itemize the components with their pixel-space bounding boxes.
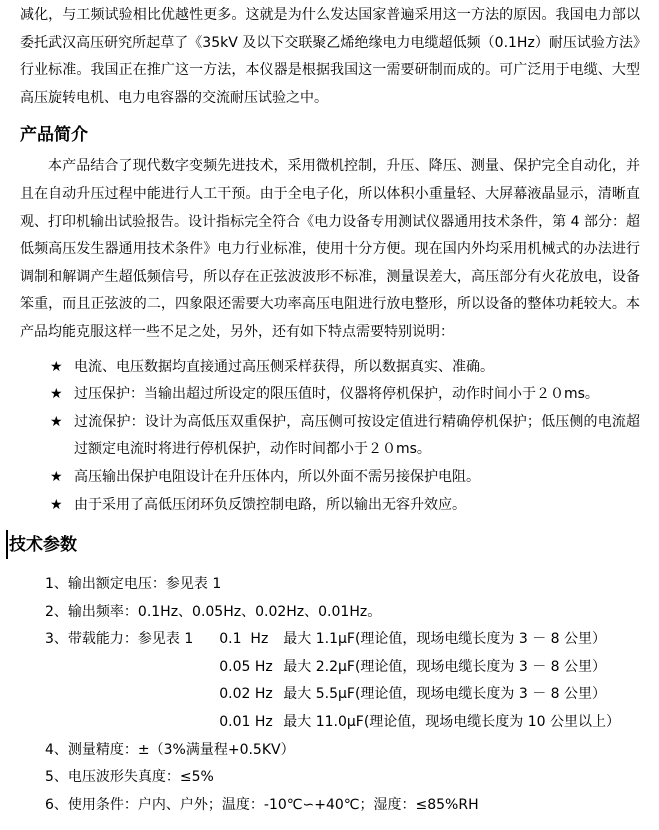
feature-text: 电流、电压数据均直接通过高压侧采样获得，所以数据真实、准确。 [74, 354, 640, 382]
feature-item: ★ 由于采用了高低压闭环负反馈控制电路，所以输出无容升效应。 [50, 492, 640, 520]
star-bullet-icon: ★ [50, 464, 74, 492]
load-frequency: 0.01 Hz [219, 709, 283, 737]
param-operating-conditions: 6、使用条件：户内、户外；温度：-10℃∽+40℃；湿度：≤85%RH [45, 792, 640, 820]
text-cursor [6, 530, 8, 559]
star-bullet-icon: ★ [50, 409, 74, 464]
load-frequency: 0.1 Hz [219, 626, 283, 654]
tech-params-heading-text: 技术参数 [9, 533, 77, 557]
load-capacity-row: 0.05 Hz 最大 2.2μF(理论值，现场电缆长度为 3 － 8 公里） [219, 654, 620, 682]
load-frequency: 0.05 Hz [219, 654, 283, 682]
load-frequency: 0.02 Hz [219, 681, 283, 709]
param-measurement-accuracy: 4、测量精度：±（3%满量程+0.5KV） [45, 737, 640, 765]
document-page: 减化，与工频试验相比优越性更多。这就是为什么发达国家普遍采用这一方法的原因。我国… [0, 0, 659, 830]
load-capacity-row: 0.01 Hz 最大 11.0μF(理论值，现场电缆长度为 10 公里以上） [219, 709, 620, 737]
tech-params-list: 1、输出额定电压：参见表 1 2、输出频率：0.1Hz、0.05Hz、0.02H… [20, 571, 640, 819]
product-intro-heading: 产品简介 [20, 123, 640, 147]
star-bullet-icon: ★ [50, 492, 74, 520]
product-intro-paragraph: 本产品结合了现代数字变频先进技术，采用微机控制，升压、降压、测量、保护完全自动化… [20, 153, 640, 346]
feature-text: 过流保护：设计为高低压双重保护，高压侧可按设定值进行精确停机保护；低压侧的电流超… [74, 409, 640, 464]
star-bullet-icon: ★ [50, 381, 74, 409]
feature-item: ★ 高压输出保护电阻设计在升压体内，所以外面不需另接保护电阻。 [50, 464, 640, 492]
feature-item: ★ 过流保护：设计为高低压双重保护，高压侧可按设定值进行精确停机保护；低压侧的电… [50, 409, 640, 464]
param-output-frequency: 2、输出频率：0.1Hz、0.05Hz、0.02Hz、0.01Hz。 [45, 599, 640, 627]
load-description: 最大 1.1μF(理论值，现场电缆长度为 3 － 8 公里） [283, 626, 606, 654]
load-description: 最大 5.5μF(理论值，现场电缆长度为 3 － 8 公里） [283, 681, 606, 709]
param-waveform-distortion: 5、电压波形失真度：≤5% [45, 764, 640, 792]
param-load-capacity: 3、带载能力：参见表 1 0.1 Hz 最大 1.1μF(理论值，现场电缆长度为… [45, 626, 640, 736]
load-capacity-rows: 0.1 Hz 最大 1.1μF(理论值，现场电缆长度为 3 － 8 公里） 0.… [219, 626, 620, 736]
load-description: 最大 11.0μF(理论值，现场电缆长度为 10 公里以上） [283, 709, 620, 737]
load-capacity-label: 3、带载能力：参见表 1 [45, 626, 193, 736]
star-bullet-icon: ★ [50, 354, 74, 382]
feature-item: ★ 电流、电压数据均直接通过高压侧采样获得，所以数据真实、准确。 [50, 354, 640, 382]
param-rated-voltage: 1、输出额定电压：参见表 1 [45, 571, 640, 599]
load-capacity-row: 0.1 Hz 最大 1.1μF(理论值，现场电缆长度为 3 － 8 公里） [219, 626, 620, 654]
tech-params-heading: 技术参数 [6, 530, 640, 559]
load-capacity-row: 0.02 Hz 最大 5.5μF(理论值，现场电缆长度为 3 － 8 公里） [219, 681, 620, 709]
feature-text: 过压保护：当输出超过所设定的限压值时，仪器将停机保护，动作时间小于２０ms。 [74, 381, 640, 409]
feature-text: 高压输出保护电阻设计在升压体内，所以外面不需另接保护电阻。 [74, 464, 640, 492]
feature-text: 由于采用了高低压闭环负反馈控制电路，所以输出无容升效应。 [74, 492, 640, 520]
feature-item: ★ 过压保护：当输出超过所设定的限压值时，仪器将停机保护，动作时间小于２０ms。 [50, 381, 640, 409]
lead-continuation-paragraph: 减化，与工频试验相比优越性更多。这就是为什么发达国家普遍采用这一方法的原因。我国… [20, 2, 640, 112]
load-description: 最大 2.2μF(理论值，现场电缆长度为 3 － 8 公里） [283, 654, 606, 682]
feature-list: ★ 电流、电压数据均直接通过高压侧采样获得，所以数据真实、准确。 ★ 过压保护：… [20, 354, 640, 520]
